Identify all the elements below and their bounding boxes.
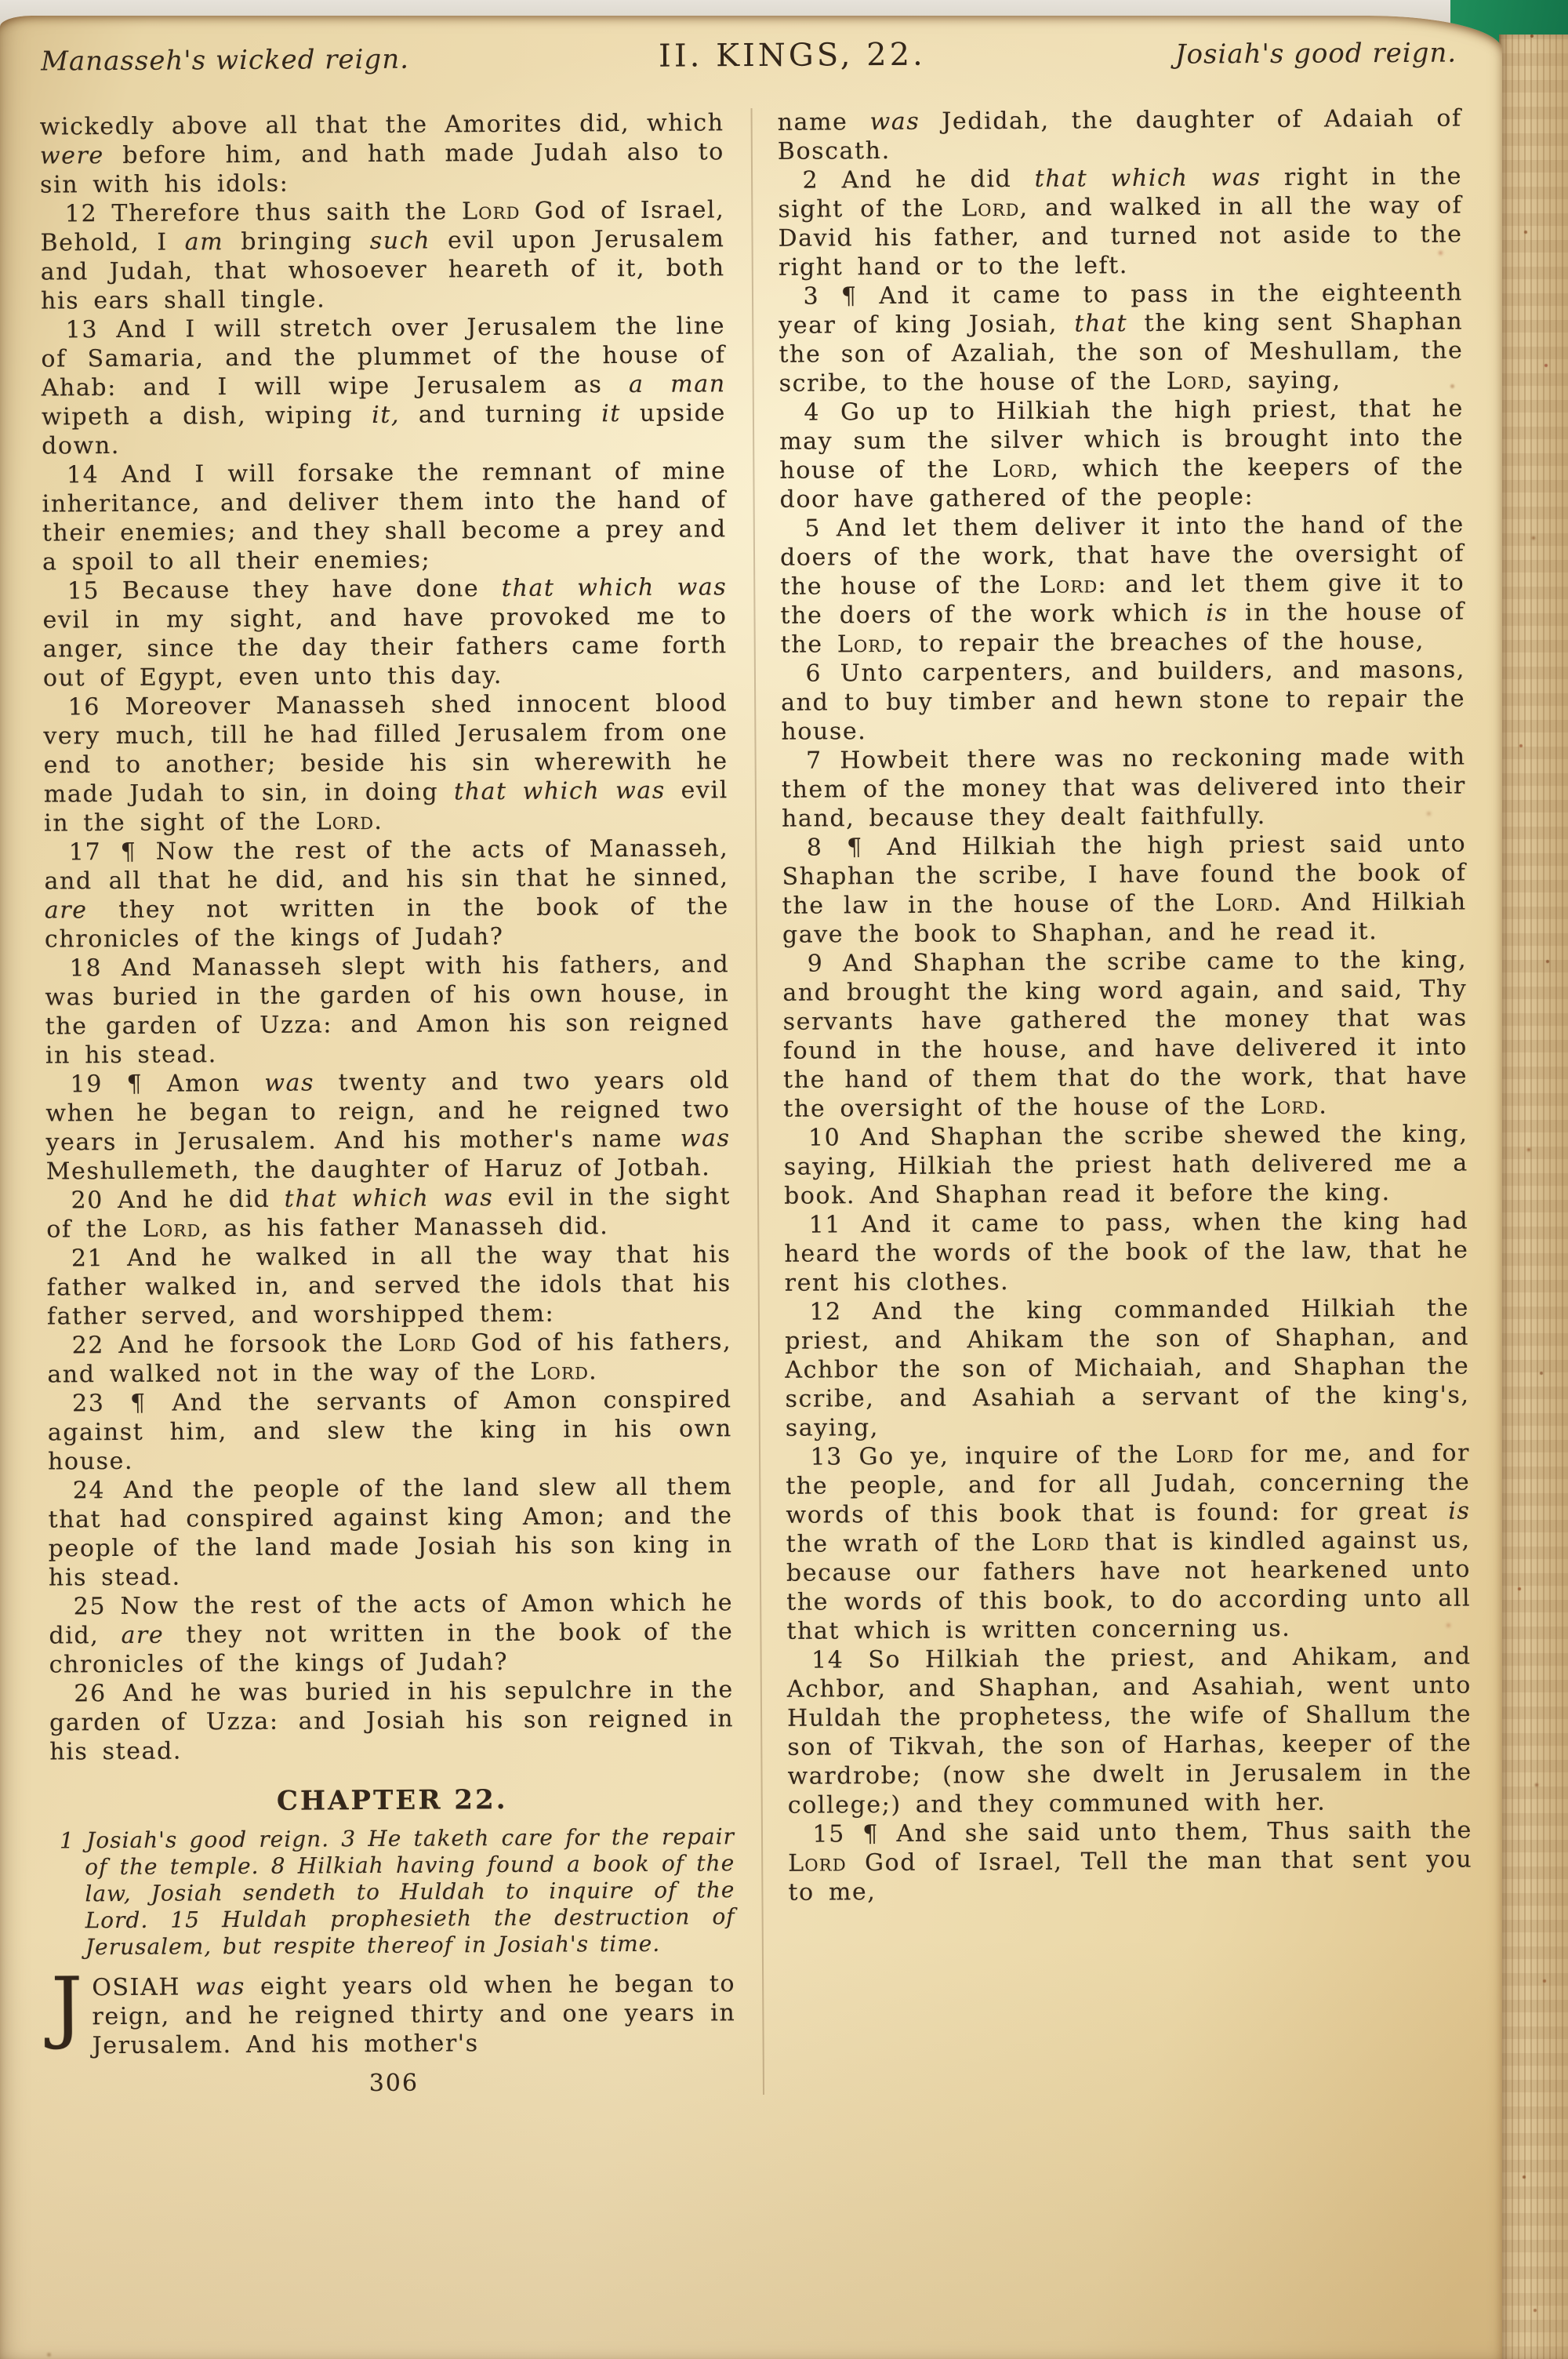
verse-paragraph: 15 Because they have done that which was… bbox=[42, 572, 728, 692]
verse-paragraph: 14 And I will forsake the remnant of min… bbox=[42, 456, 727, 576]
verse-one-text: OSIAH was eight years old when he began … bbox=[92, 1970, 735, 2059]
verse-paragraph: 24 And the people of the land slew all t… bbox=[48, 1472, 733, 1592]
book-fore-edge bbox=[1499, 35, 1568, 2359]
verse-paragraph: 25 Now the rest of the acts of Amon whic… bbox=[49, 1588, 734, 1679]
page-number: 306 bbox=[52, 2067, 736, 2099]
verse-paragraph: 3 ¶ And it came to pass in the eighteent… bbox=[779, 278, 1464, 398]
chapter-heading: CHAPTER 22. bbox=[50, 1783, 735, 1818]
verse-paragraph: 5 And let them deliver it into the hand … bbox=[780, 510, 1465, 659]
verse-paragraph: 7 Howbeit there was no reckoning made wi… bbox=[782, 742, 1467, 833]
verse-continuation: name was Jedidah, the daughter of Adaiah… bbox=[778, 104, 1462, 165]
verse-paragraph: 4 Go up to Hilkiah the high priest, that… bbox=[779, 394, 1465, 514]
verse-paragraph: 26 And he was buried in his sepulchre in… bbox=[49, 1675, 735, 1766]
verse-paragraph: 13 And I will stretch over Jerusalem the… bbox=[41, 311, 726, 460]
verse-paragraph: 13 Go ye, inquire of the Lord for me, an… bbox=[786, 1438, 1472, 1645]
text-columns: wickedly above all that the Amorites did… bbox=[40, 104, 1474, 2099]
page-content: Manasseh's wicked reign. II. KINGS, 22. … bbox=[39, 33, 1474, 2099]
drop-cap: J bbox=[51, 1973, 93, 2035]
right-column: name was Jedidah, the daughter of Adaiah… bbox=[751, 104, 1474, 2094]
verse-paragraph: 12 And the king commanded Hilkiah the pr… bbox=[785, 1293, 1470, 1442]
verse-paragraph: 17 ¶ Now the rest of the acts of Manasse… bbox=[44, 834, 729, 954]
verse-paragraph: 18 And Manasseh slept with his fathers, … bbox=[45, 950, 730, 1070]
chapter-summary: 1 Josiah's good reign. 3 He taketh care … bbox=[50, 1823, 735, 1961]
page-title: II. KINGS, 22. bbox=[659, 37, 926, 75]
verse-paragraph: 15 ¶ And she said unto them, Thus saith … bbox=[788, 1816, 1473, 1906]
page-stains bbox=[0, 16, 4, 20]
verse-paragraph: 2 And he did that which was right in the… bbox=[778, 162, 1463, 282]
verse-paragraph: 10 And Shaphan the scribe shewed the kin… bbox=[783, 1119, 1468, 1210]
verse-continuation: wickedly above all that the Amorites did… bbox=[40, 108, 725, 199]
verse-paragraph-dropcap: JOSIAH was eight years old when he began… bbox=[51, 1969, 736, 2060]
running-head-left: Manasseh's wicked reign. bbox=[41, 44, 409, 78]
verse-paragraph: 16 Moreover Manasseh shed innocent blood… bbox=[43, 689, 728, 838]
running-header: Manasseh's wicked reign. II. KINGS, 22. … bbox=[39, 33, 1461, 78]
verse-paragraph: 9 And Shaphan the scribe came to the kin… bbox=[782, 945, 1468, 1123]
verse-paragraph: 14 So Hilkiah the priest, and Ahikam, an… bbox=[787, 1641, 1472, 1819]
verse-paragraph: 11 And it came to pass, when the king ha… bbox=[784, 1206, 1469, 1297]
verse-paragraph: 8 ¶ And Hilkiah the high priest said unt… bbox=[782, 829, 1467, 949]
verse-paragraph: 12 Therefore thus saith the Lord God of … bbox=[40, 195, 725, 315]
scanned-bible-page: Manasseh's wicked reign. II. KINGS, 22. … bbox=[0, 16, 1502, 2359]
verse-paragraph: 23 ¶ And the servants of Amon conspired … bbox=[48, 1385, 733, 1476]
running-head-right: Josiah's good reign. bbox=[1175, 38, 1457, 71]
fore-edge-speckles bbox=[1530, 35, 1534, 38]
left-column: wickedly above all that the Amorites did… bbox=[40, 108, 736, 2099]
verse-paragraph: 22 And he forsook the Lord God of his fa… bbox=[47, 1327, 731, 1389]
verse-paragraph: 6 Unto carpenters, and builders, and mas… bbox=[781, 655, 1466, 746]
verse-paragraph: 19 ¶ Amon was twenty and two years old w… bbox=[45, 1066, 731, 1186]
verse-paragraph: 20 And he did that which was evil in the… bbox=[46, 1182, 731, 1244]
verse-paragraph: 21 And he walked in all the way that his… bbox=[46, 1240, 731, 1331]
